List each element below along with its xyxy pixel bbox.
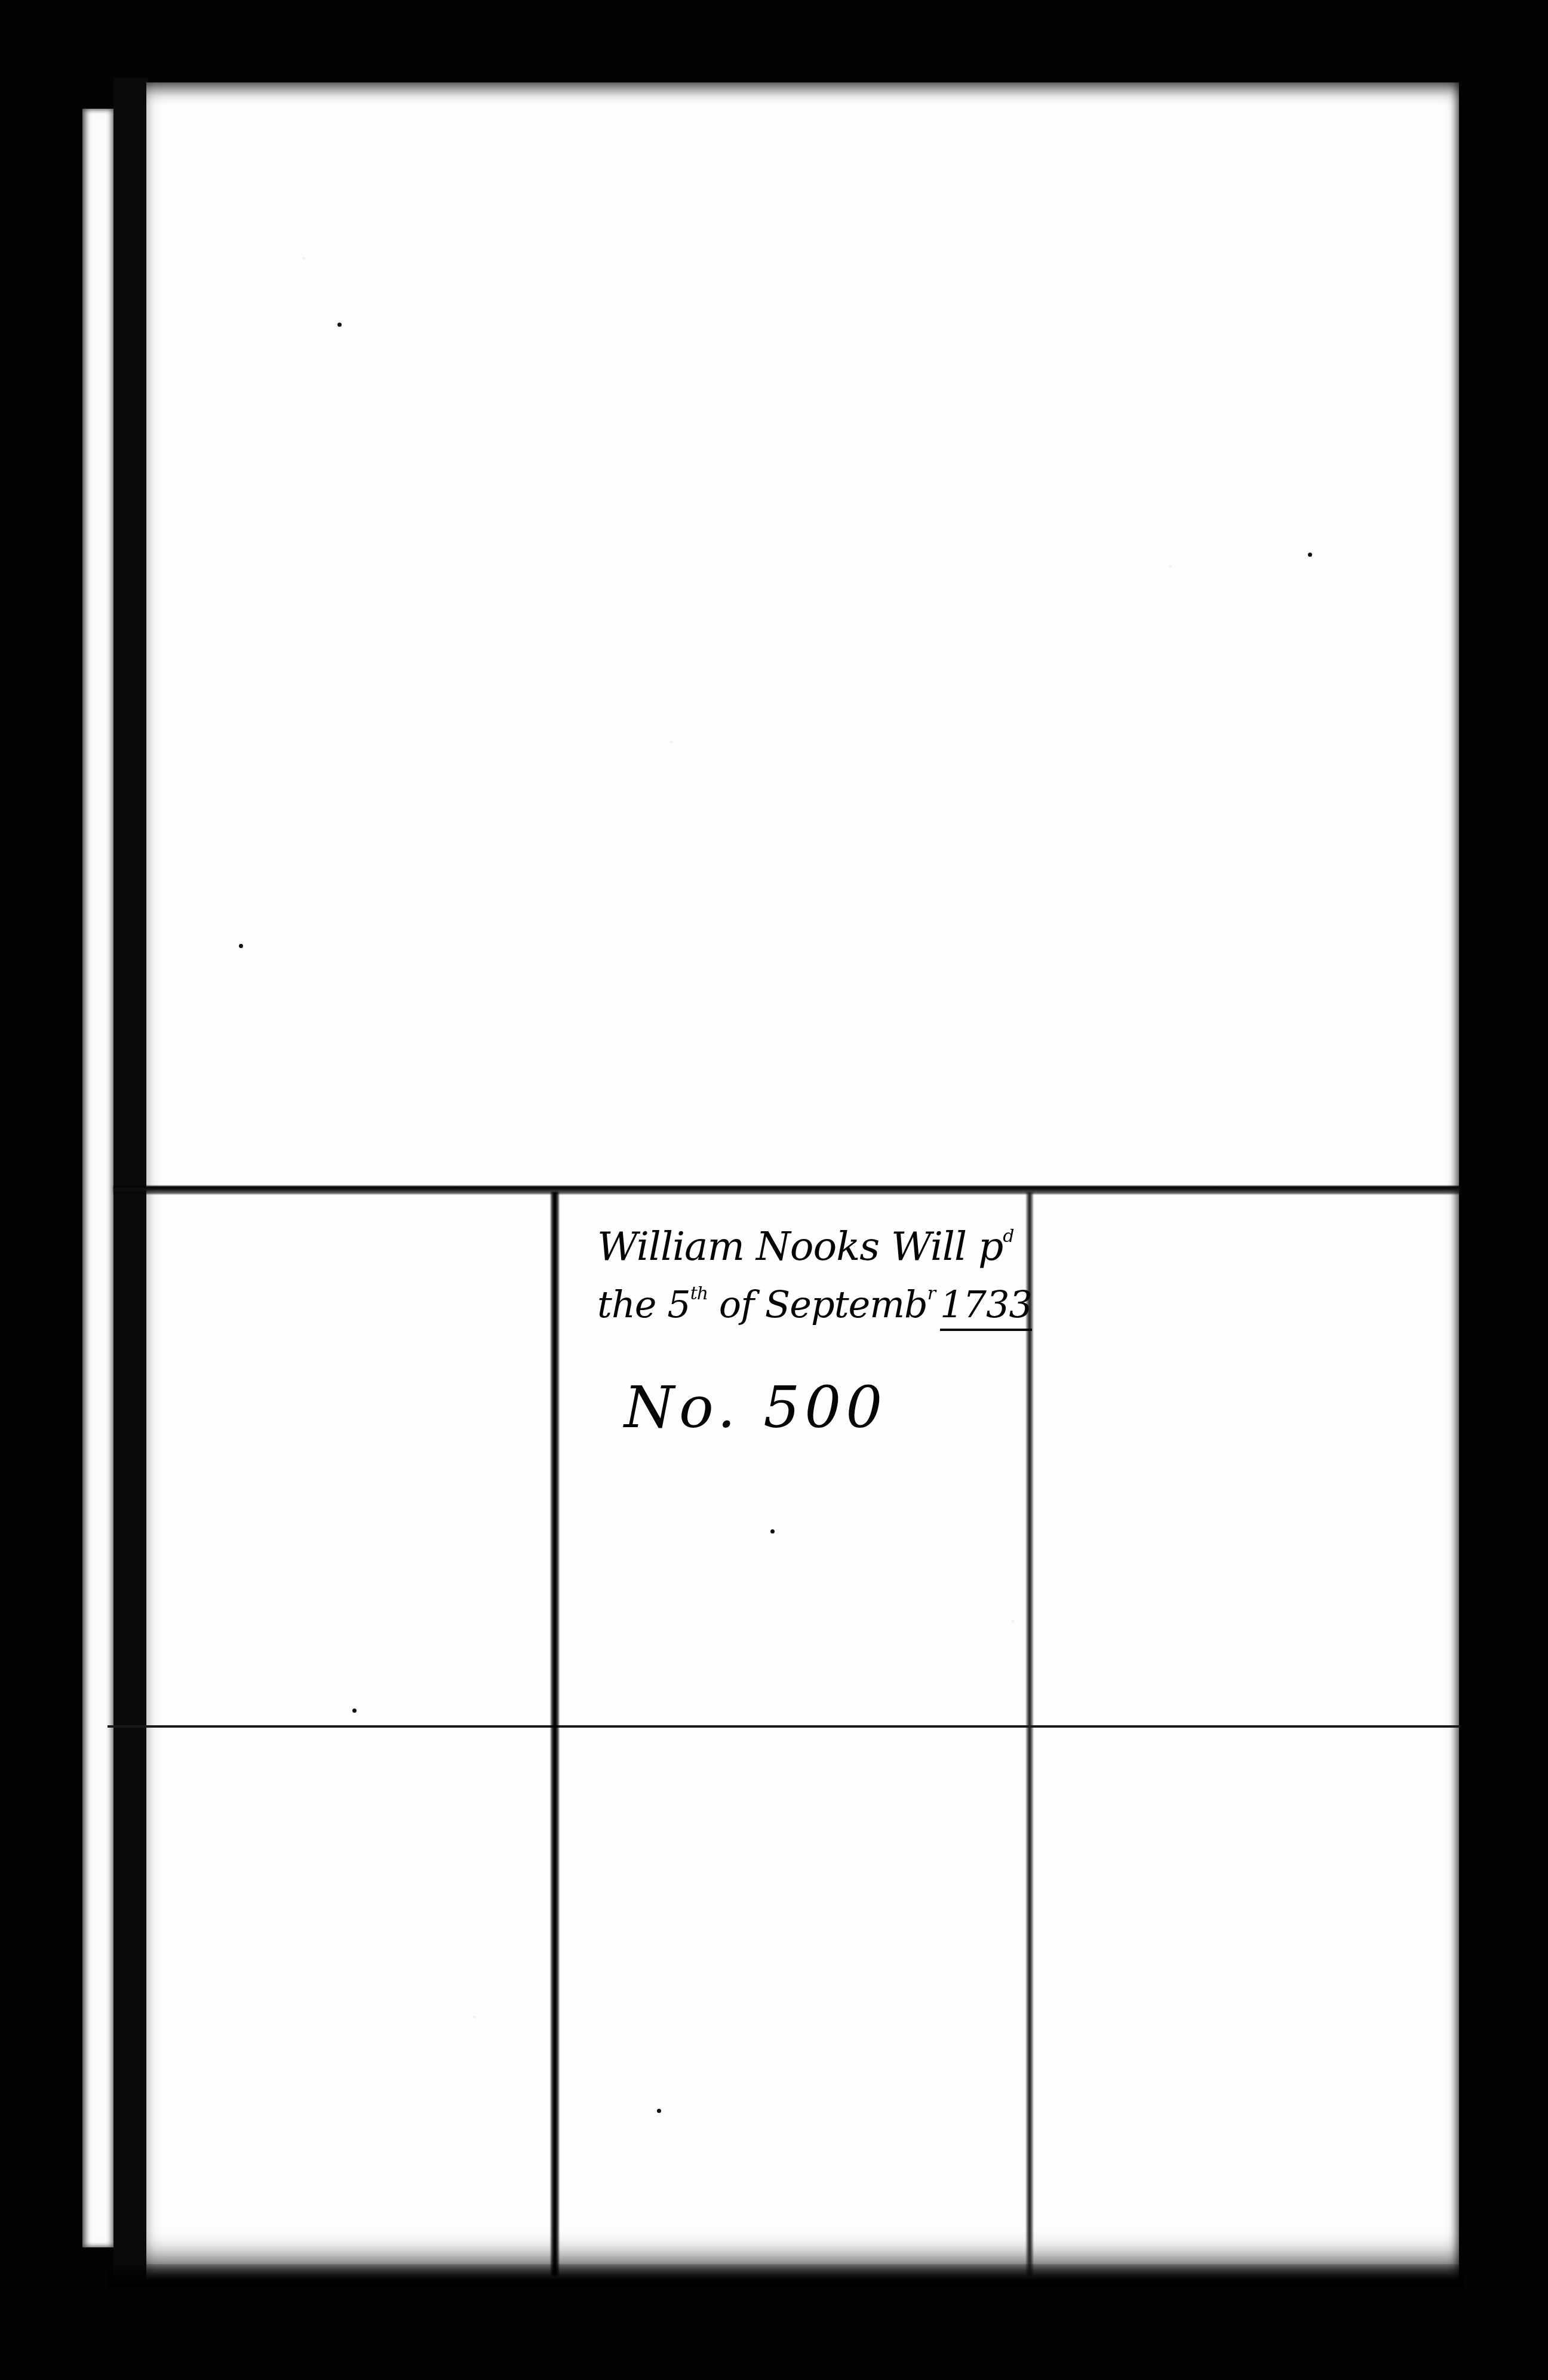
document-number: No. 500 (624, 1374, 887, 1441)
endorsement-year: 1733 (940, 1283, 1032, 1331)
document-page (146, 82, 1459, 2281)
ink-speck (337, 323, 342, 327)
will-endorsement: William Nooks Will pd the 5th of Septemb… (597, 1213, 1027, 1328)
endorsement-name: William Nooks Will p (597, 1223, 1003, 1269)
endorsement-line-1: William Nooks Will pd (597, 1213, 1027, 1271)
bottom-paper-edge (107, 2264, 1463, 2288)
endorsement-date-day: the 5 (597, 1283, 690, 1326)
horizontal-fold-line-thin (107, 1725, 1460, 1728)
horizontal-fold-line (113, 1186, 1460, 1194)
ink-speck (657, 2109, 661, 2113)
ink-speck (1308, 553, 1312, 557)
endorsement-month-superscript: r (927, 1283, 935, 1304)
endorsement-superscript: d (1003, 1226, 1013, 1247)
ink-speck (770, 1529, 775, 1533)
vertical-fold-line-left (551, 1192, 559, 2276)
left-dark-band (113, 78, 148, 2282)
vertical-fold-line-right (1026, 1192, 1033, 2276)
endorsement-line-2: the 5th of Septembr1733 (597, 1271, 1027, 1328)
ink-speck (239, 944, 243, 948)
ink-speck (352, 1709, 357, 1713)
endorsement-date-month: of Septemb (708, 1283, 927, 1326)
endorsement-day-superscript: th (690, 1283, 708, 1304)
left-paper-strip (82, 109, 113, 2247)
